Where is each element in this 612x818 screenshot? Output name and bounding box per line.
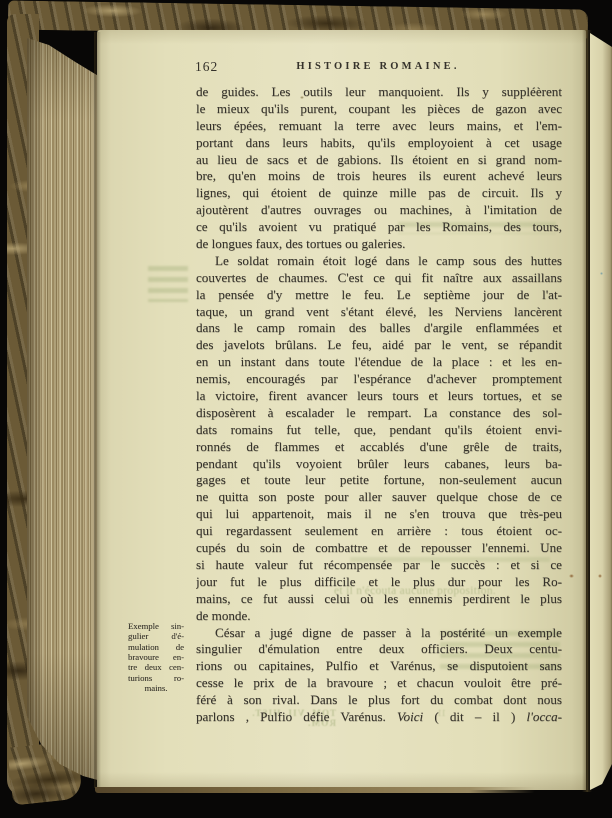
text-line: disposèrent à escalader le rempart. La c… bbox=[196, 405, 562, 422]
text-line: cesse le prix de la bravoure ; et chacun… bbox=[196, 675, 562, 692]
adjacent-page-edge bbox=[590, 33, 612, 790]
text-line: singulier d'émulation entre deux officie… bbox=[196, 641, 562, 658]
text-line: ce qu'ils avoient vu pratiqué par les Ro… bbox=[196, 219, 562, 236]
running-title: HISTOIRE ROMAINE. bbox=[195, 61, 561, 72]
ghost-blob bbox=[148, 266, 188, 302]
text-line: jour fut le plus difficile et le plus du… bbox=[196, 574, 562, 591]
text-line: qui lui appartenoit, mais il ne s'en tro… bbox=[196, 506, 562, 523]
text-line: portant dans leurs habits, qu'ils employ… bbox=[196, 135, 562, 152]
text-line: de monde. bbox=[196, 608, 562, 625]
text-line: dans le camp romain des balles d'argile … bbox=[196, 320, 562, 337]
text-line: le mieux qu'ils purent, coupant les pièc… bbox=[196, 101, 562, 118]
text-line: lignes, qui étoient de quinze mille pas … bbox=[196, 185, 562, 202]
text-segment: ( dit – il ) bbox=[423, 709, 526, 724]
text-line: en un instant dans toute l'étendue de la… bbox=[196, 354, 562, 371]
margin-note-line: tre deux cen- bbox=[128, 662, 184, 672]
text-line: parlons , Pulfio défie Varénus. Voici ( … bbox=[196, 709, 562, 726]
text-line: ronnés de flammes et accablés d'une grêl… bbox=[196, 439, 562, 456]
text-line: mains, ce fut aussi celui où les ennemis… bbox=[196, 591, 562, 608]
foxing-spot bbox=[600, 272, 603, 275]
text-line: gages et toute leur petite fortune, non-… bbox=[196, 472, 562, 489]
text-line: qui regardassent seulement en arrière : … bbox=[196, 523, 562, 540]
text-line: de longues faux, des tortues ou galeries… bbox=[196, 236, 562, 253]
text-line: Le soldat romain étoit logé dans le camp… bbox=[196, 253, 562, 270]
text-line: ajoutèrent d'autres ouvrages ou machines… bbox=[196, 202, 562, 219]
text-line: pendant qu'ils voyoient brûler leurs cab… bbox=[196, 456, 562, 473]
italic-text-segment: l'occa- bbox=[526, 709, 562, 724]
text-segment: parlons , Pulfio défie Varénus. bbox=[196, 709, 397, 724]
text-line: bre, qu'en moins de trois heures ils eur… bbox=[196, 168, 562, 185]
text-line: cupés du soin de combattre et de repouss… bbox=[196, 540, 562, 557]
margin-note-line: mains. bbox=[128, 683, 184, 693]
paragraph: Le soldat romain étoit logé dans le camp… bbox=[196, 253, 562, 625]
foxing-spot bbox=[569, 574, 574, 578]
text-line: couvertes de chaumes. C'est ce qui fit n… bbox=[196, 270, 562, 287]
text-line: au lieu de sacs et de gabions. Ils étoie… bbox=[196, 152, 562, 169]
text-line: féré à son rival. Dans le plus fort du c… bbox=[196, 692, 562, 709]
text-line: de guides. Les outils leur manquoient. I… bbox=[196, 84, 562, 101]
text-line: César a jugé digne de passer à la postér… bbox=[196, 625, 562, 642]
text-line: nemis, encouragés par l'espérance d'ache… bbox=[196, 371, 562, 388]
foxing-spot bbox=[598, 574, 602, 578]
page-left-seam bbox=[94, 32, 101, 788]
text-line: des javelots brûlans. Le feu, aidé par l… bbox=[196, 337, 562, 354]
margin-note-line: Exemple sin- bbox=[128, 621, 184, 631]
text-line: leurs épées, remuant la terre avec leurs… bbox=[196, 118, 562, 135]
text-line: la victoire, firent avancer leurs tours … bbox=[196, 388, 562, 405]
paragraph: de guides. Les outils leur manquoient. I… bbox=[196, 84, 562, 253]
text-line: dats romains fut telle, que, pendant qu'… bbox=[196, 422, 562, 439]
text-line: si haute valeur fut récompensée par le s… bbox=[196, 557, 562, 574]
margin-note: Exemple sin-gulier d'é-mulation debravou… bbox=[128, 621, 184, 693]
text-line: taque, un grand vent s'étant élevé, les … bbox=[196, 304, 562, 321]
italic-text-segment: Voici bbox=[397, 709, 423, 724]
body-text: de guides. Les outils leur manquoient. I… bbox=[196, 84, 562, 726]
margin-note-line: turions ro- bbox=[128, 673, 184, 683]
text-line: la pensée d'y mettre le feu. Le septième… bbox=[196, 287, 562, 304]
book-scan: et il n'écouta aucune proposition. TOM. … bbox=[0, 0, 612, 818]
text-line: rions ou capitaines, Pulfio et Varénus, … bbox=[196, 658, 562, 675]
text-line: ne quitta son poste pour aller sauver qu… bbox=[196, 489, 562, 506]
margin-note-line: gulier d'é- bbox=[128, 631, 184, 641]
paragraph: César a jugé digne de passer à la postér… bbox=[196, 625, 562, 726]
margin-note-line: bravoure en- bbox=[128, 652, 184, 662]
page-bottom-edge bbox=[95, 787, 535, 793]
margin-note-line: mulation de bbox=[128, 642, 184, 652]
